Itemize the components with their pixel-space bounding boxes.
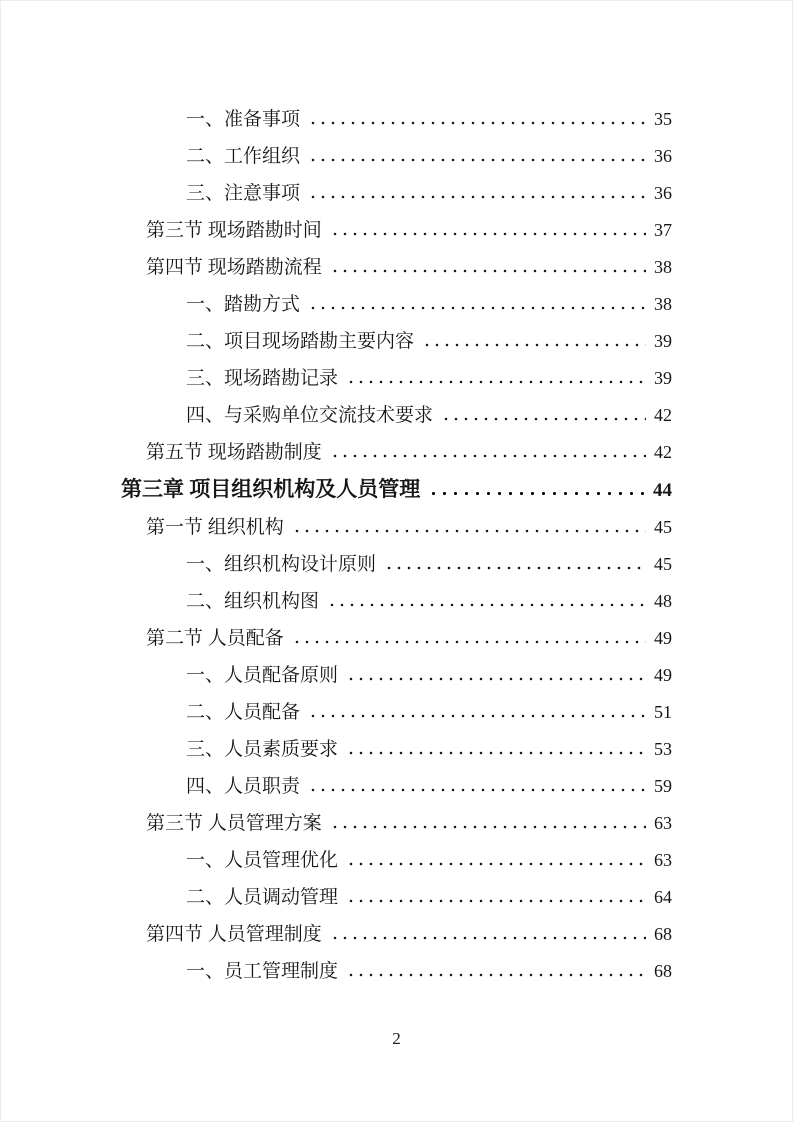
toc-entry-title: 一、人员管理优化 — [186, 842, 338, 879]
toc-entry-page: 63 — [654, 842, 672, 879]
toc-entry-page: 45 — [654, 546, 672, 583]
toc-row[interactable]: 第三节 现场踏勘时间 37 — [121, 212, 672, 249]
toc-entry-page: 38 — [654, 286, 672, 323]
toc-entry-page: 64 — [654, 879, 672, 916]
toc-row[interactable]: 四、人员职责 59 — [121, 768, 672, 805]
toc-row[interactable]: 一、员工管理制度 68 — [121, 953, 672, 990]
dot-leader — [308, 120, 646, 125]
toc-entry-page: 48 — [654, 583, 672, 620]
toc-row[interactable]: 第三章 项目组织机构及人员管理 44 — [121, 471, 672, 509]
toc-row[interactable]: 二、人员配备 51 — [121, 694, 672, 731]
dot-leader — [292, 528, 646, 533]
toc-row[interactable]: 三、注意事项 36 — [121, 175, 672, 212]
dot-leader — [428, 490, 645, 496]
toc-entry-title: 一、准备事项 — [186, 101, 300, 138]
dot-leader — [422, 342, 646, 347]
toc-list: 一、准备事项 35 二、工作组织 36 三、注意事项 36 第三节 现场踏勘时间… — [121, 101, 672, 990]
toc-row[interactable]: 一、踏勘方式 38 — [121, 286, 672, 323]
toc-row[interactable]: 二、组织机构图 48 — [121, 583, 672, 620]
toc-entry-page: 59 — [654, 768, 672, 805]
dot-leader — [308, 194, 646, 199]
toc-row[interactable]: 二、项目现场踏勘主要内容 39 — [121, 323, 672, 360]
toc-row[interactable]: 一、组织机构设计原则 45 — [121, 546, 672, 583]
dot-leader — [308, 713, 646, 718]
toc-entry-title: 一、员工管理制度 — [186, 953, 338, 990]
dot-leader — [330, 824, 646, 829]
toc-entry-title: 二、工作组织 — [186, 138, 300, 175]
toc-entry-page: 39 — [654, 360, 672, 397]
dot-leader — [346, 379, 646, 384]
toc-entry-page: 49 — [654, 620, 672, 657]
toc-entry-title: 四、人员职责 — [186, 768, 300, 805]
toc-row[interactable]: 一、准备事项 35 — [121, 101, 672, 138]
dot-leader — [330, 268, 646, 273]
toc-row[interactable]: 四、与采购单位交流技术要求 42 — [121, 397, 672, 434]
toc-entry-title: 第三节 人员管理方案 — [146, 805, 322, 842]
page-number: 2 — [1, 1027, 792, 1051]
toc-entry-title: 二、组织机构图 — [186, 583, 319, 620]
toc-entry-page: 63 — [654, 805, 672, 842]
toc-entry-page: 39 — [654, 323, 672, 360]
dot-leader — [384, 565, 646, 570]
toc-entry-page: 49 — [654, 657, 672, 694]
dot-leader — [346, 676, 646, 681]
toc-entry-title: 第五节 现场踏勘制度 — [146, 434, 322, 471]
toc-entry-title: 第三章 项目组织机构及人员管理 — [121, 471, 420, 508]
toc-entry-page: 36 — [654, 175, 672, 212]
toc-entry-page: 42 — [654, 397, 672, 434]
toc-entry-title: 二、人员调动管理 — [186, 879, 338, 916]
dot-leader — [346, 972, 646, 977]
toc-entry-title: 三、人员素质要求 — [186, 731, 338, 768]
toc-entry-page: 42 — [654, 434, 672, 471]
toc-entry-title: 第一节 组织机构 — [146, 509, 284, 546]
dot-leader — [346, 750, 646, 755]
toc-entry-title: 三、注意事项 — [186, 175, 300, 212]
toc-row[interactable]: 二、人员调动管理 64 — [121, 879, 672, 916]
toc-entry-title: 一、踏勘方式 — [186, 286, 300, 323]
toc-entry-page: 45 — [654, 509, 672, 546]
document-page: 一、准备事项 35 二、工作组织 36 三、注意事项 36 第三节 现场踏勘时间… — [0, 0, 793, 1122]
toc-entry-page: 44 — [653, 472, 672, 509]
dot-leader — [346, 861, 646, 866]
dot-leader — [346, 898, 646, 903]
dot-leader — [327, 602, 646, 607]
toc-entry-page: 35 — [654, 101, 672, 138]
toc-row[interactable]: 三、人员素质要求 53 — [121, 731, 672, 768]
toc-entry-title: 第三节 现场踏勘时间 — [146, 212, 322, 249]
toc-row[interactable]: 一、人员管理优化 63 — [121, 842, 672, 879]
toc-entry-title: 第四节 现场踏勘流程 — [146, 249, 322, 286]
toc-entry-page: 38 — [654, 249, 672, 286]
toc-entry-title: 第四节 人员管理制度 — [146, 916, 322, 953]
toc-row[interactable]: 第四节 人员管理制度 68 — [121, 916, 672, 953]
dot-leader — [308, 787, 646, 792]
toc-entry-title: 三、现场踏勘记录 — [186, 360, 338, 397]
toc-entry-page: 36 — [654, 138, 672, 175]
dot-leader — [308, 305, 646, 310]
toc-entry-page: 37 — [654, 212, 672, 249]
dot-leader — [441, 416, 646, 421]
toc-row[interactable]: 第一节 组织机构 45 — [121, 509, 672, 546]
toc-entry-page: 51 — [654, 694, 672, 731]
dot-leader — [330, 935, 646, 940]
toc-row[interactable]: 第五节 现场踏勘制度 42 — [121, 434, 672, 471]
toc-entry-page: 53 — [654, 731, 672, 768]
toc-row[interactable]: 三、现场踏勘记录 39 — [121, 360, 672, 397]
toc-row[interactable]: 第三节 人员管理方案 63 — [121, 805, 672, 842]
toc-entry-title: 四、与采购单位交流技术要求 — [186, 397, 433, 434]
dot-leader — [330, 231, 646, 236]
toc-row[interactable]: 第四节 现场踏勘流程 38 — [121, 249, 672, 286]
toc-entry-title: 二、人员配备 — [186, 694, 300, 731]
toc-row[interactable]: 第二节 人员配备 49 — [121, 620, 672, 657]
dot-leader — [308, 157, 646, 162]
toc-row[interactable]: 二、工作组织 36 — [121, 138, 672, 175]
dot-leader — [292, 639, 646, 644]
toc-entry-page: 68 — [654, 953, 672, 990]
dot-leader — [330, 453, 646, 458]
toc-row[interactable]: 一、人员配备原则 49 — [121, 657, 672, 694]
toc-entry-page: 68 — [654, 916, 672, 953]
toc-entry-title: 一、组织机构设计原则 — [186, 546, 376, 583]
toc-entry-title: 一、人员配备原则 — [186, 657, 338, 694]
toc-entry-title: 二、项目现场踏勘主要内容 — [186, 323, 414, 360]
toc-entry-title: 第二节 人员配备 — [146, 620, 284, 657]
